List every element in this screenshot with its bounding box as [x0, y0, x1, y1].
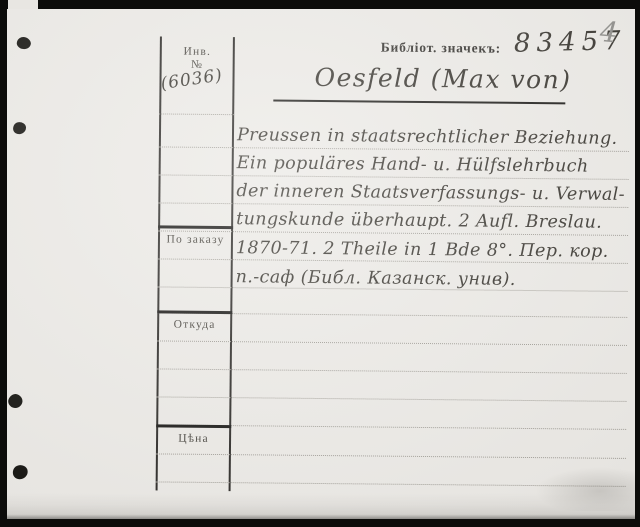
punch-hole	[16, 36, 32, 51]
ruled-line-column	[159, 113, 234, 115]
card-content: Инв. № (6036) По заказу Откуда Цѣна Библ…	[7, 9, 635, 519]
ruled-line	[156, 453, 626, 459]
card-paper: Инв. № (6036) По заказу Откуда Цѣна Библ…	[7, 9, 635, 519]
punch-hole	[7, 392, 24, 410]
column-divider	[158, 225, 233, 229]
punch-hole	[12, 121, 26, 135]
catalog-entry-line: der inneren Staatsverfassungs- u. Verwal…	[236, 181, 625, 205]
ruled-line	[156, 396, 626, 402]
catalog-entry-line: п.-саф (Библ. Казанск. унив).	[236, 267, 516, 290]
ruled-line	[157, 340, 627, 346]
inventory-label-line1: Инв.	[160, 45, 235, 58]
ruled-line	[157, 368, 627, 374]
table-vline-right	[229, 37, 235, 491]
page-number-pencil: 4	[599, 15, 619, 49]
column-divider	[156, 424, 231, 428]
catalog-entry-line: tungskunde überhaupt. 2 Aufl. Breslau.	[236, 209, 602, 233]
heading-underline	[273, 100, 565, 105]
scanned-catalog-card: Инв. № (6036) По заказу Откуда Цѣна Библ…	[0, 0, 640, 527]
library-stamp-label: Библіот. значекъ:	[381, 40, 501, 57]
field-label-origin: Откуда	[157, 318, 232, 331]
field-label-price: Цѣна	[156, 432, 231, 445]
ruled-line	[156, 481, 626, 487]
column-divider	[157, 310, 232, 314]
author-heading: Oesfeld (Max von)	[314, 63, 571, 94]
catalog-entry-line: Ein populäres Hand- u. Hülfslehrbuch	[237, 153, 589, 176]
table-vline-left	[156, 36, 162, 490]
punch-hole	[11, 464, 29, 481]
catalog-entry-line: Preussen in staatsrechtlicher Beziehung.	[237, 125, 618, 149]
field-label-order: По заказу	[158, 233, 233, 246]
catalog-entry-line: 1870-71. 2 Theile in 1 Bde 8°. Пер. кор.	[236, 238, 609, 262]
